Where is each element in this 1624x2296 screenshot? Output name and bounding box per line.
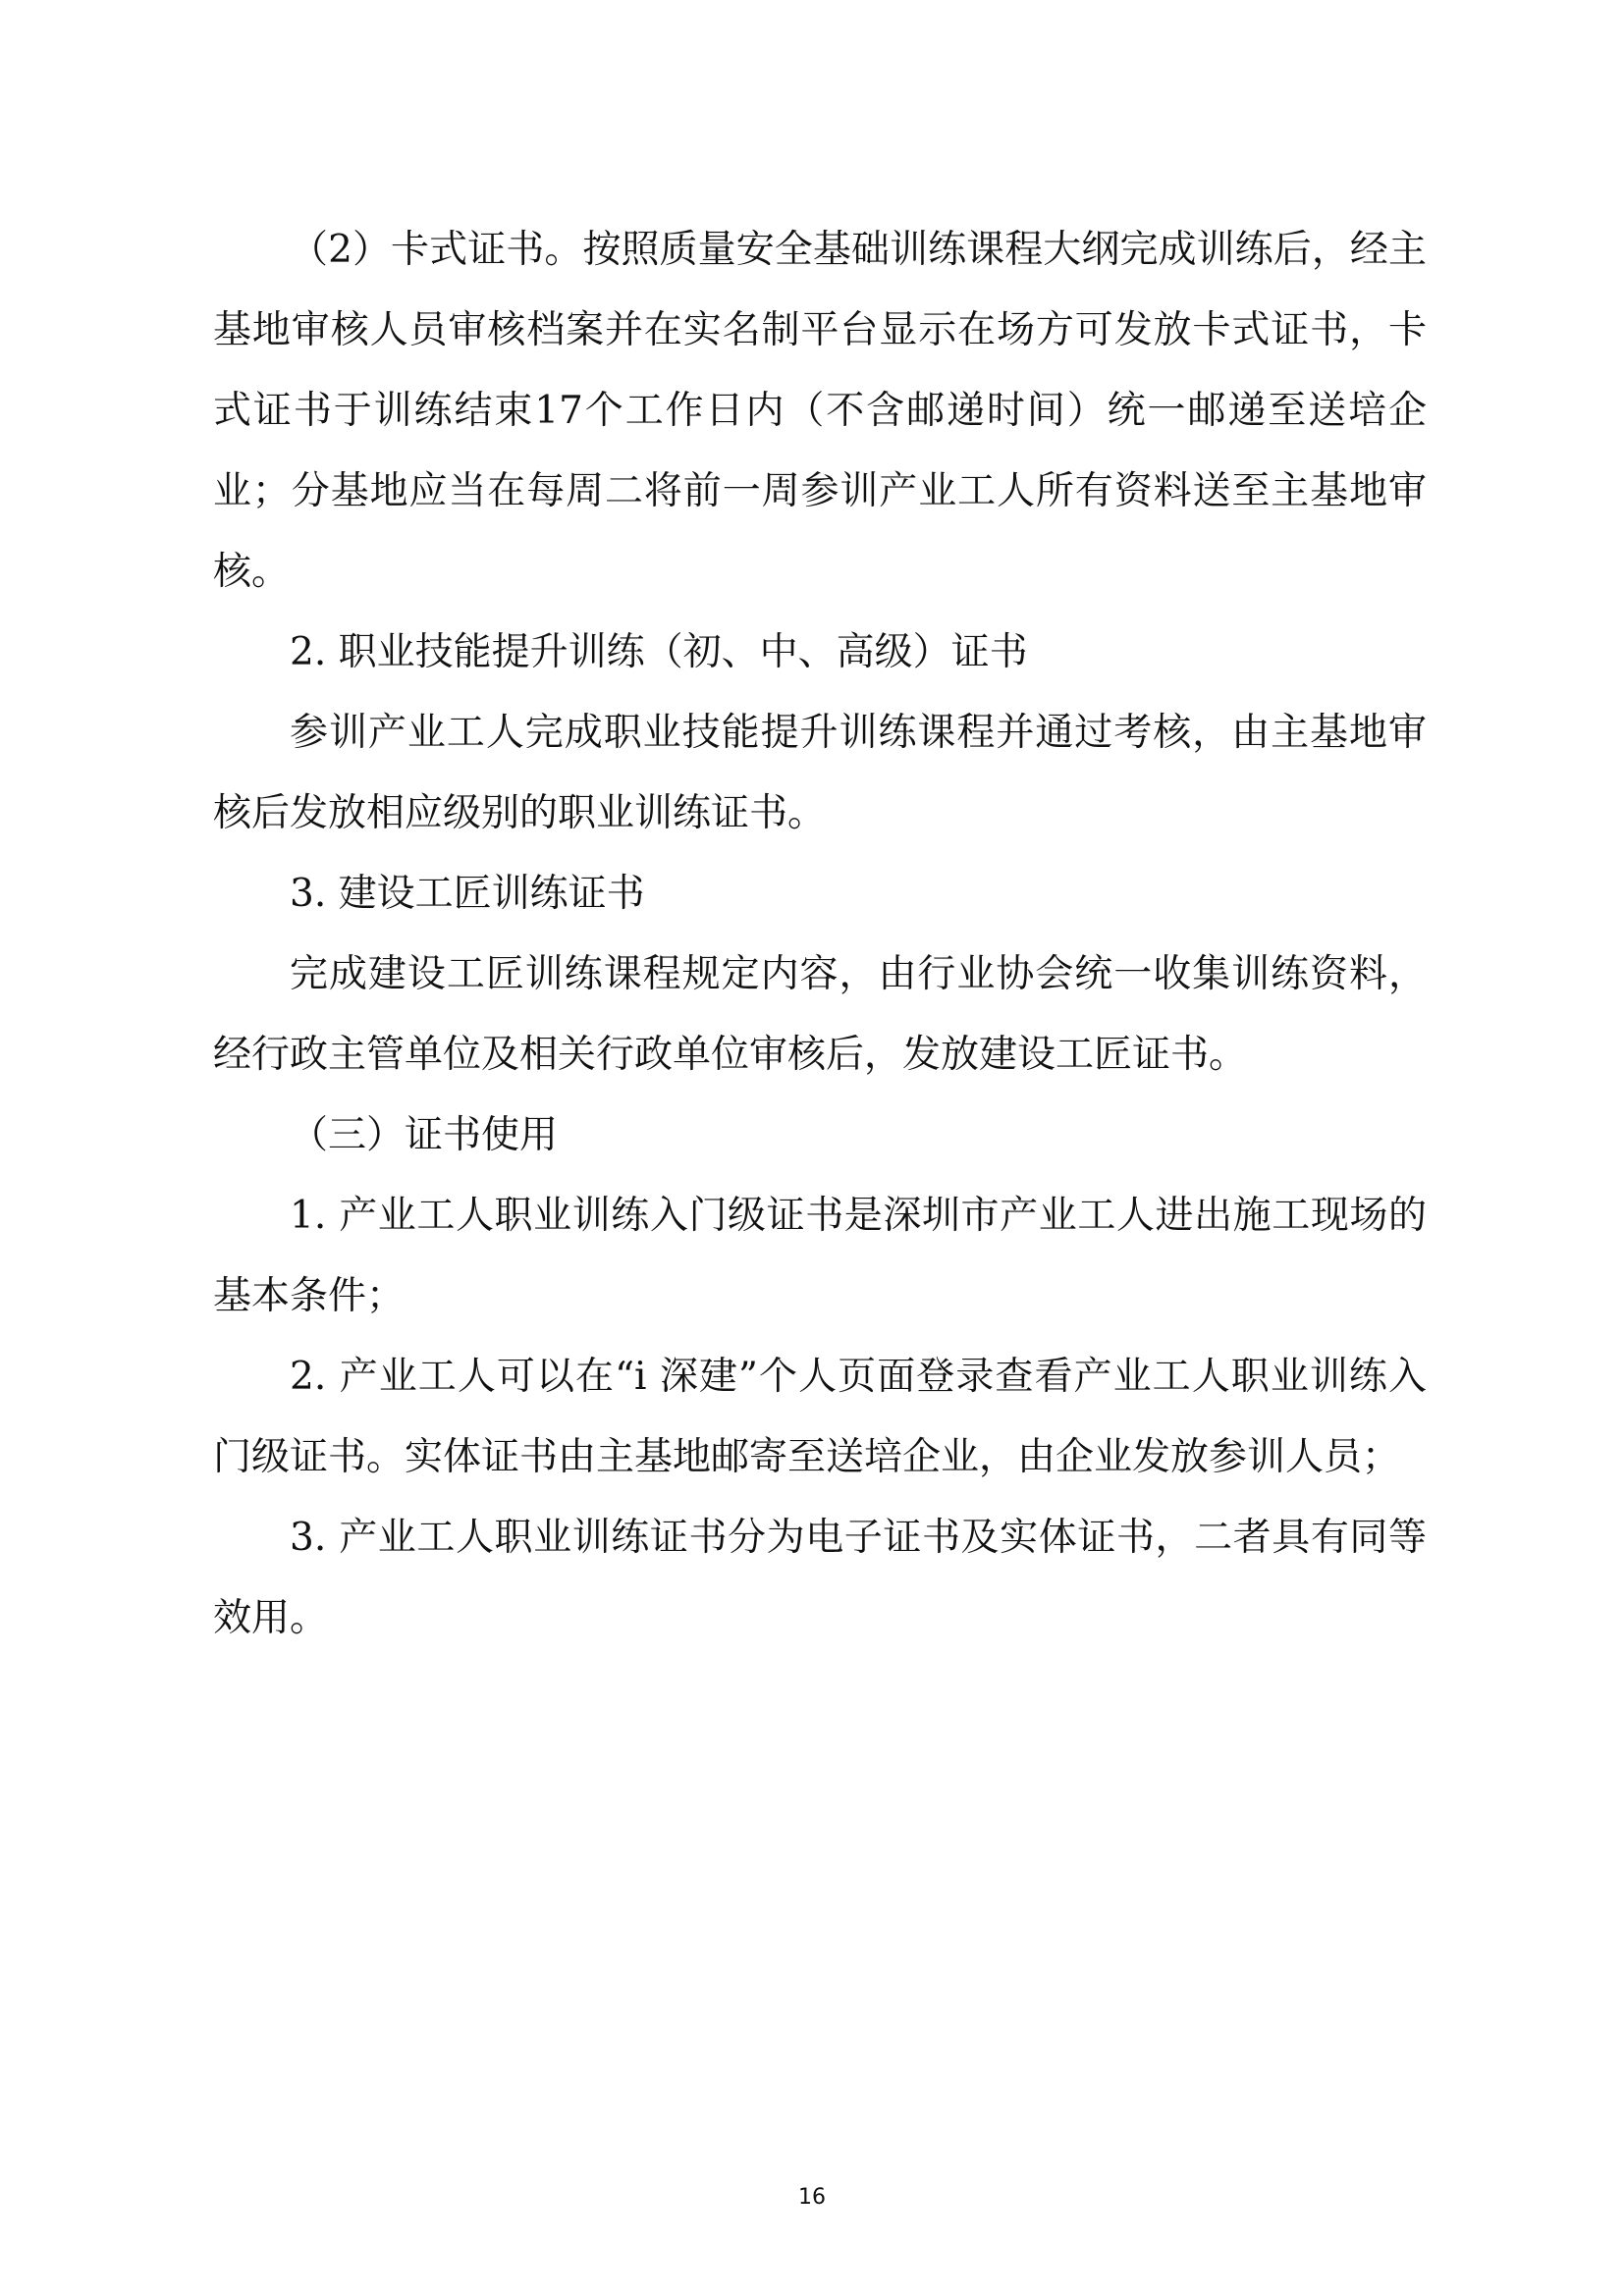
document-body: （2）卡式证书。按照质量安全基础训练课程大纲完成训练后，经主基地审核人员审核档案… [213, 210, 1427, 1659]
heading-certificate-usage: （三）证书使用 [213, 1095, 1427, 1176]
paragraph-skill-upgrade: 参训产业工人完成职业技能提升训练课程并通过考核，由主基地审核后发放相应级别的职业… [213, 693, 1427, 854]
paragraph-craftsman: 完成建设工匠训练课程规定内容，由行业协会统一收集训练资料，经行政主管单位及相关行… [213, 934, 1427, 1095]
heading-craftsman-certificate: 3. 建设工匠训练证书 [213, 854, 1427, 934]
paragraph-usage-2: 2. 产业工人可以在“i 深建”个人页面登录查看产业工人职业训练入门级证书。实体… [213, 1337, 1427, 1498]
paragraph-card-certificate: （2）卡式证书。按照质量安全基础训练课程大纲完成训练后，经主基地审核人员审核档案… [213, 210, 1427, 613]
document-page: （2）卡式证书。按照质量安全基础训练课程大纲完成训练后，经主基地审核人员审核档案… [0, 0, 1624, 2296]
paragraph-usage-3: 3. 产业工人职业训练证书分为电子证书及实体证书，二者具有同等效用。 [213, 1498, 1427, 1659]
page-number: 16 [0, 2185, 1624, 2210]
heading-skill-upgrade-certificate: 2. 职业技能提升训练（初、中、高级）证书 [213, 613, 1427, 693]
paragraph-usage-1: 1. 产业工人职业训练入门级证书是深圳市产业工人进出施工现场的基本条件； [213, 1176, 1427, 1337]
